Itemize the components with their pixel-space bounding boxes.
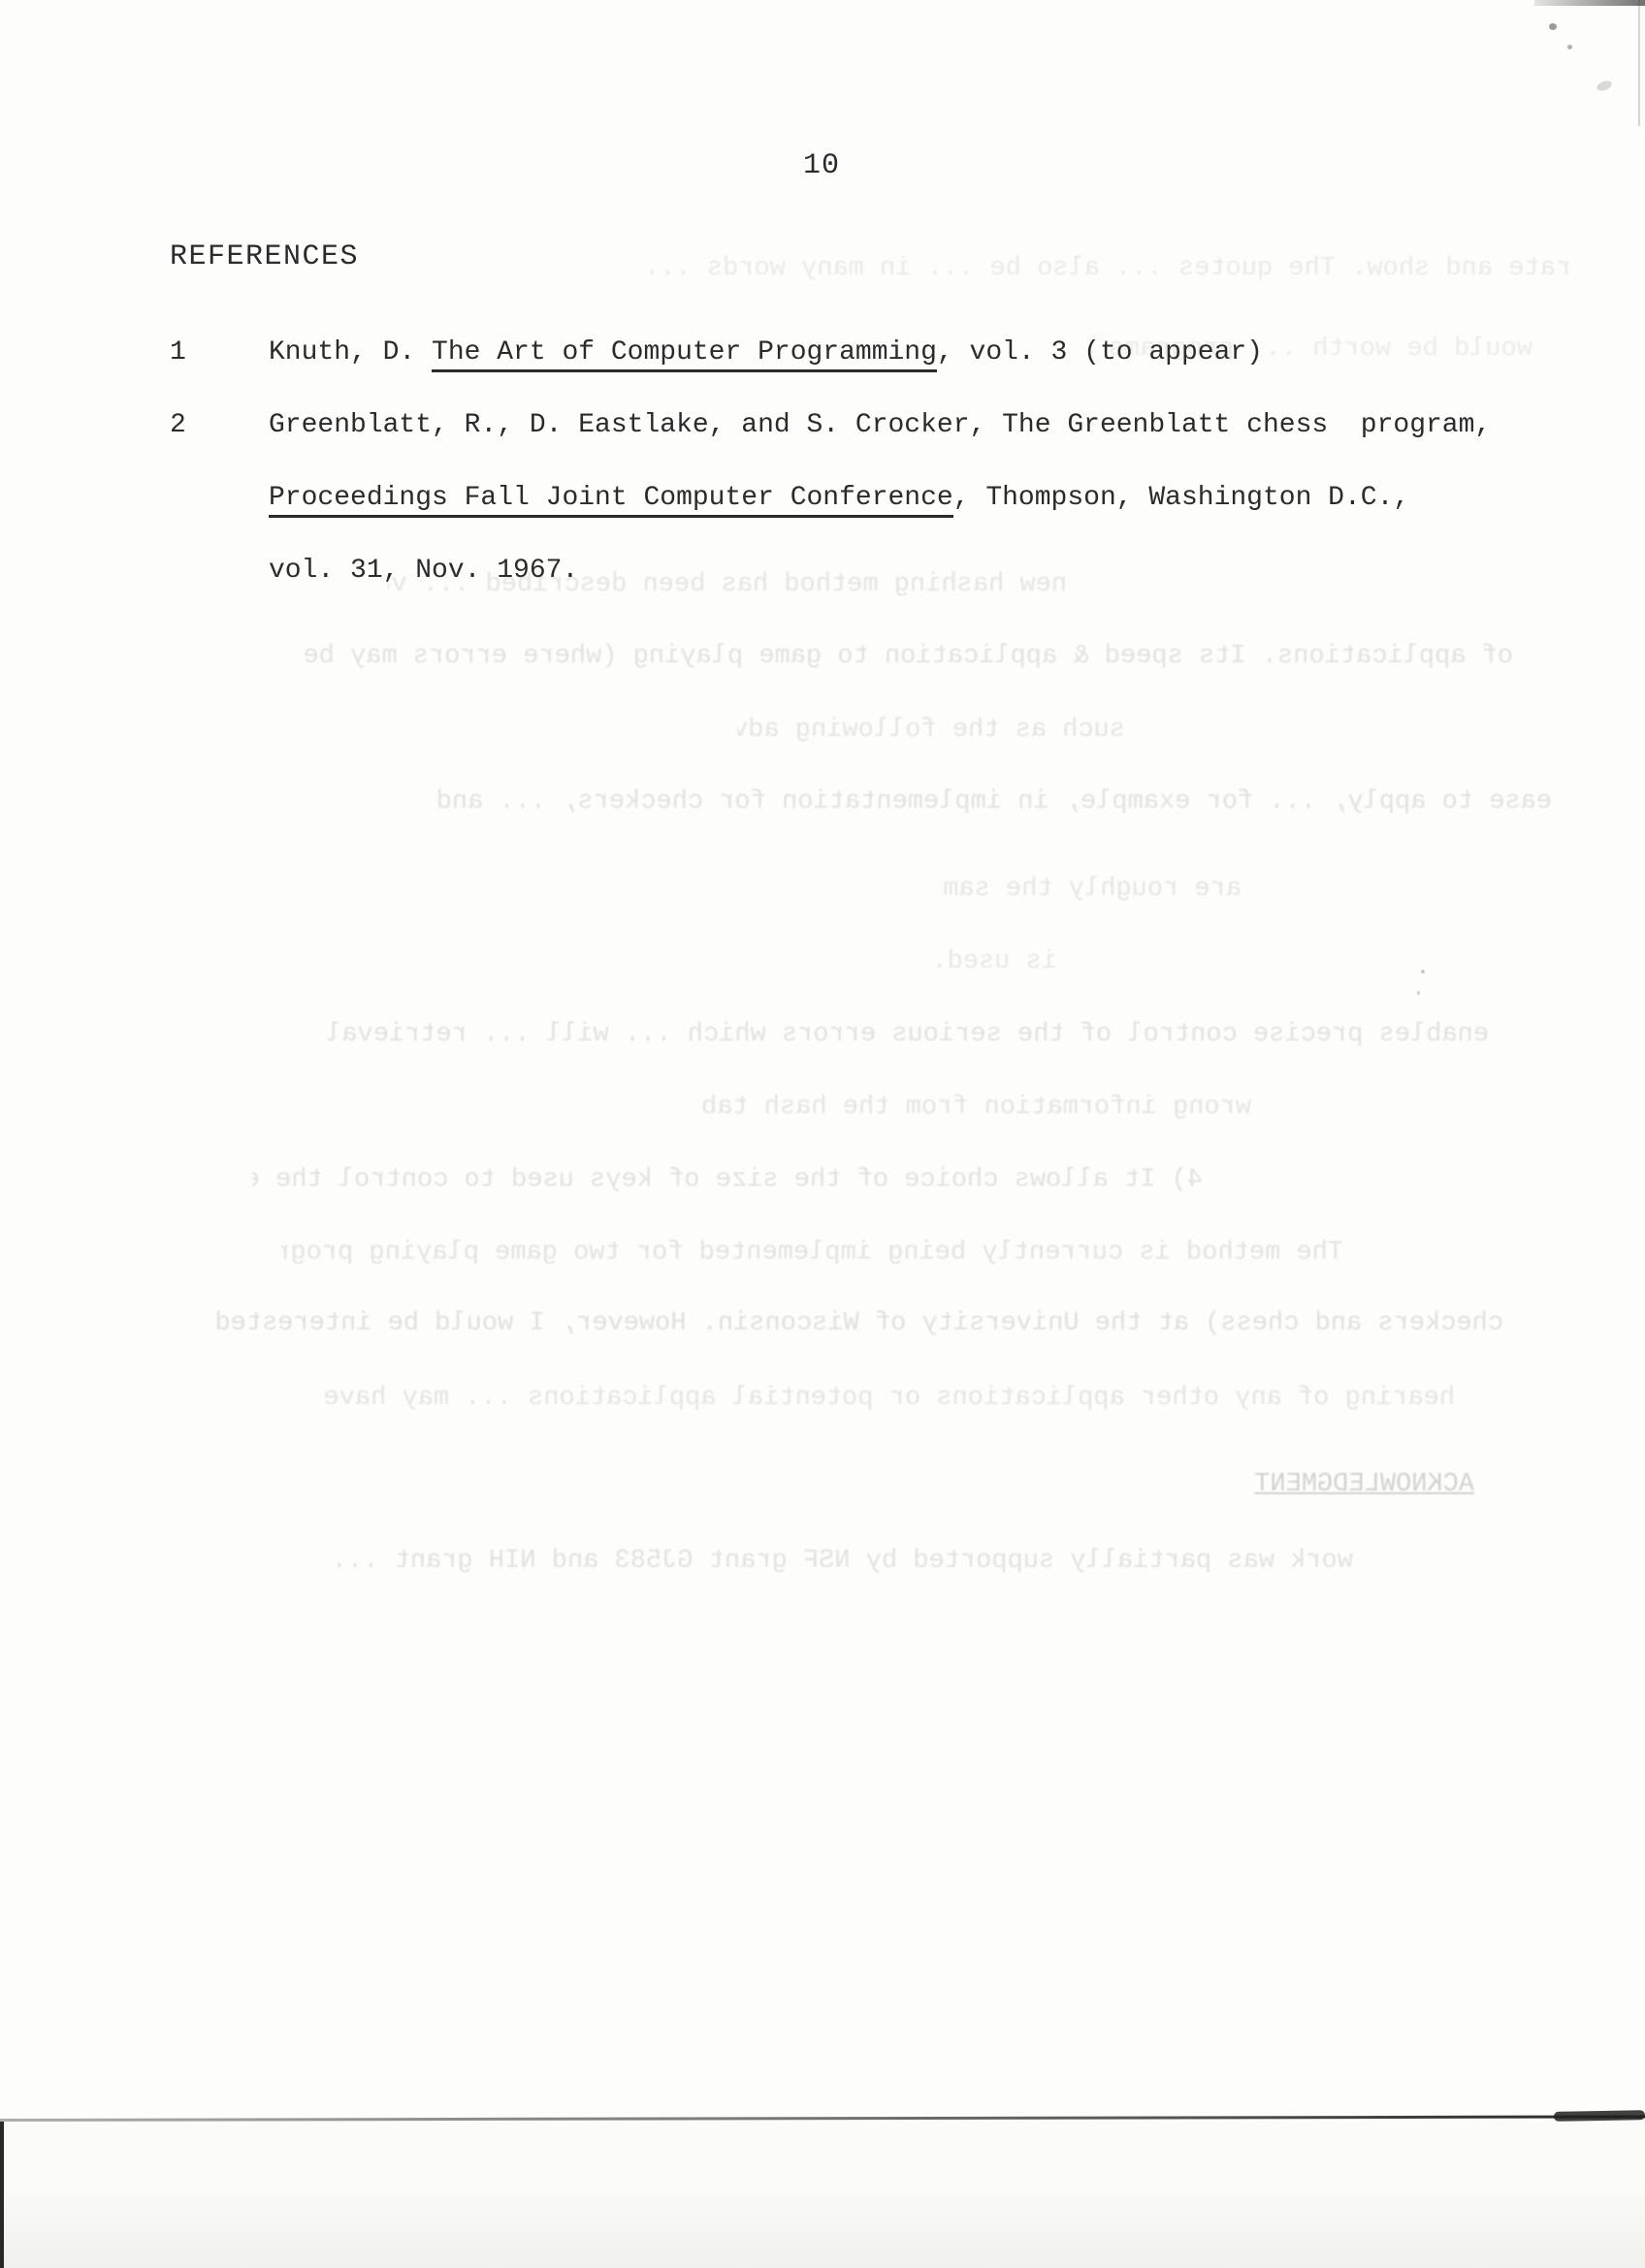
bleedthrough-ghost-line: 4) It allows choice of the size of keys … (252, 1166, 1203, 1195)
bleedthrough-ghost-line: work was partially supported by NSF gran… (150, 1547, 1353, 1576)
scan-speck (1421, 970, 1425, 974)
bleedthrough-ghost-layer: rate and show. The quotes ... also be ..… (0, 0, 1645, 2268)
scan-speck (1417, 991, 1420, 995)
bleedthrough-ghost-line: enables precise control of the serious e… (150, 1020, 1489, 1049)
bleedthrough-ghost-line: of applications. Its speed & application… (165, 642, 1513, 671)
bleedthrough-ghost-line: ease to apply, ... for example, in imple… (165, 787, 1552, 816)
scan-bottom-shading (0, 2182, 1645, 2268)
bleedthrough-ghost-line: would be worth ... programs (1086, 335, 1532, 364)
scan-top-smudge (1534, 0, 1645, 6)
scan-right-edge-line (1638, 0, 1640, 126)
bleedthrough-ghost-line: ACKNOWLEDGMENT (1106, 1470, 1474, 1499)
bleedthrough-ghost-line: checkers and chess) at the University of… (160, 1309, 1503, 1338)
bleedthrough-ghost-line: is used. (931, 947, 1057, 976)
bleedthrough-ghost-line: new hashing method has been described ..… (388, 570, 1067, 599)
scanned-document-page: 10 REFERENCES 1Knuth, D. The Art of Comp… (0, 0, 1645, 2268)
bleedthrough-ghost-line: such as the following advantages. (737, 716, 1125, 745)
bleedthrough-ghost-line: hearing of any other applications or pot… (301, 1384, 1455, 1413)
scan-speck (1549, 23, 1557, 30)
scan-edge-dark-blob (1554, 2110, 1645, 2122)
bleedthrough-ghost-line: are roughly the same. (941, 875, 1242, 904)
bleedthrough-ghost-line: wrong information from the hash table. (698, 1093, 1251, 1122)
scan-speck (1567, 45, 1572, 49)
bleedthrough-ghost-line: The method is currently being implemente… (281, 1238, 1343, 1267)
bleedthrough-ghost-line: rate and show. The quotes ... also be ..… (272, 254, 1571, 283)
